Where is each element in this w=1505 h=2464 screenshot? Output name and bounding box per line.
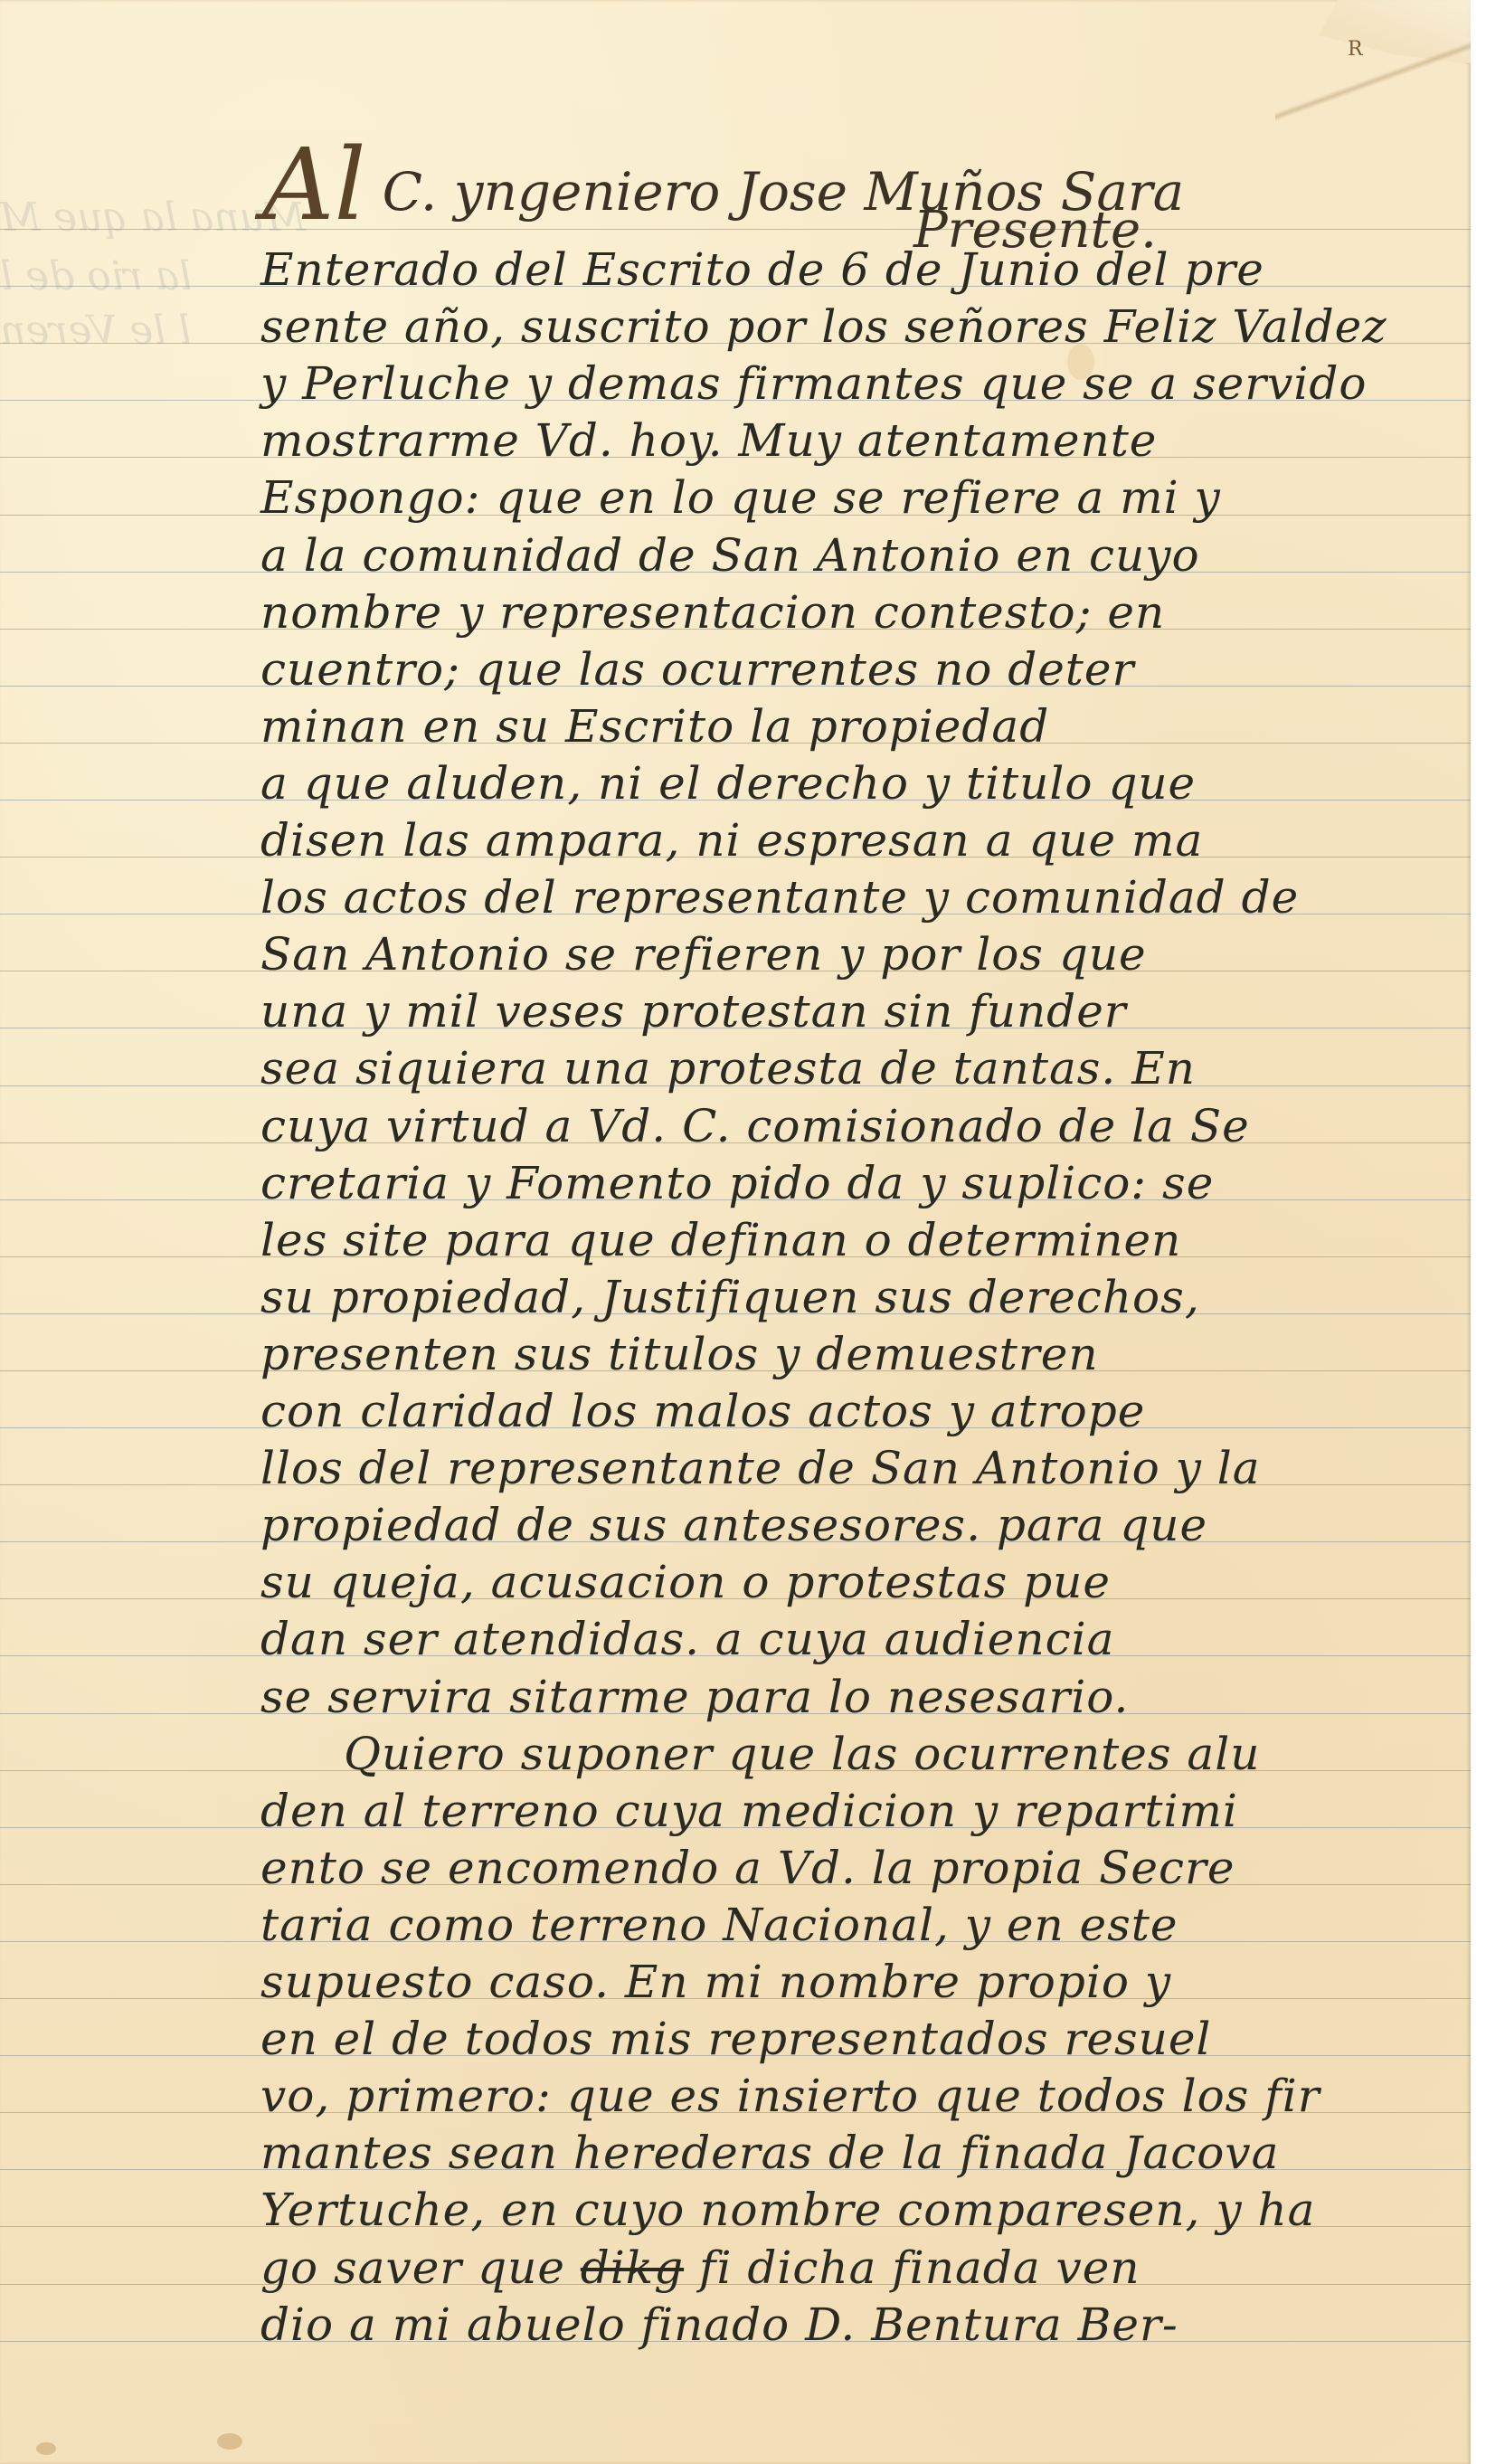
handwritten-line: Quiero suponer que las ocurrentes alu bbox=[344, 1729, 1505, 1779]
handwritten-line: en el de todos mis representados resuel bbox=[260, 2014, 1463, 2064]
handwritten-line: mantes sean herederas de la finada Jacov… bbox=[260, 2128, 1463, 2178]
handwritten-line: cuya virtud a Vd. C. comisionado de la S… bbox=[260, 1101, 1463, 1151]
handwritten-line: taria como terreno Nacional, y en este bbox=[260, 1900, 1463, 1950]
handwritten-line: sea siquiera una protesta de tantas. En bbox=[260, 1043, 1463, 1094]
ink-stain bbox=[217, 2433, 242, 2450]
handwritten-line: disen las ampara, ni espresan a que ma bbox=[260, 815, 1463, 866]
handwritten-line: Enterado del Escrito de 6 de Junio del p… bbox=[260, 244, 1463, 295]
handwritten-line: sente año, suscrito por los señores Feli… bbox=[260, 301, 1463, 352]
handwritten-line: Yertuche, en cuyo nombre comparesen, y h… bbox=[260, 2184, 1463, 2235]
handwritten-line: les site para que definan o determinen bbox=[260, 1215, 1463, 1265]
handwritten-line: dio a mi abuelo finado D. Bentura Ber- bbox=[260, 2299, 1463, 2350]
handwritten-line: propiedad de sus antesesores. para que bbox=[260, 1500, 1463, 1550]
handwritten-line: llos del representante de San Antonio y … bbox=[260, 1443, 1463, 1493]
handwritten-line: con claridad los malos actos y atrope bbox=[260, 1386, 1463, 1436]
struck-out-word: dikg bbox=[581, 2241, 684, 2294]
bleed-through-text: la rio de l bbox=[0, 253, 192, 299]
manuscript-page: R Muna la que M la rio de l l le Veren A… bbox=[0, 0, 1471, 2464]
handwritten-line: Espongo: que en lo que se refiere a mi y bbox=[260, 472, 1463, 523]
salutation-initial: Al bbox=[262, 127, 366, 242]
handwritten-line: se servira sitarme para lo nesesario. bbox=[260, 1672, 1463, 1722]
bleed-through-text: Muna la que M bbox=[0, 194, 306, 241]
handwritten-line: su propiedad, Justifiquen sus derechos, bbox=[260, 1272, 1463, 1322]
handwritten-line: cretaria y Fomento pido da y suplico: se bbox=[260, 1158, 1463, 1208]
handwritten-line: cuentro; que las ocurrentes no deter bbox=[260, 644, 1463, 695]
handwritten-line: presenten sus titulos y demuestren bbox=[260, 1329, 1463, 1379]
line-segment: go saver que bbox=[260, 2241, 581, 2294]
handwritten-line: go saver que dikg fi dicha finada ven bbox=[260, 2242, 1463, 2293]
handwritten-line: vo, primero: que es insierto que todos l… bbox=[260, 2071, 1463, 2121]
handwritten-line: su queja, acusacion o protestas pue bbox=[260, 1557, 1463, 1607]
fold-crease bbox=[1275, 0, 1471, 163]
handwritten-line: supuesto caso. En mi nombre propio y bbox=[260, 1957, 1463, 2007]
handwritten-line: y Perluche y demas firmantes que se a se… bbox=[260, 358, 1463, 409]
handwritten-line: dan ser atendidas. a cuya audiencia bbox=[260, 1614, 1463, 1664]
handwritten-line: minan en su Escrito la propiedad bbox=[260, 701, 1463, 752]
bleed-through-text: l le Veren bbox=[0, 308, 191, 354]
handwritten-line: San Antonio se refieren y por los que bbox=[260, 929, 1463, 980]
handwritten-line: nombre y representacion contesto; en bbox=[260, 587, 1463, 638]
handwritten-line: den al terreno cuya medicion y repartimi bbox=[260, 1786, 1463, 1836]
handwritten-line: a la comunidad de San Antonio en cuyo bbox=[260, 530, 1463, 581]
line-segment: fi dicha finada ven bbox=[684, 2241, 1140, 2294]
ink-stain bbox=[36, 2442, 56, 2455]
handwritten-line: una y mil veses protestan sin funder bbox=[260, 986, 1463, 1037]
handwritten-line: mostrarme Vd. hoy. Muy atentamente bbox=[260, 415, 1463, 466]
handwritten-line: los actos del representante y comunidad … bbox=[260, 872, 1463, 923]
page-mark: R bbox=[1348, 38, 1363, 61]
handwritten-line: ento se encomendo a Vd. la propia Secre bbox=[260, 1843, 1463, 1893]
handwritten-line: a que aluden, ni el derecho y titulo que bbox=[260, 758, 1463, 809]
